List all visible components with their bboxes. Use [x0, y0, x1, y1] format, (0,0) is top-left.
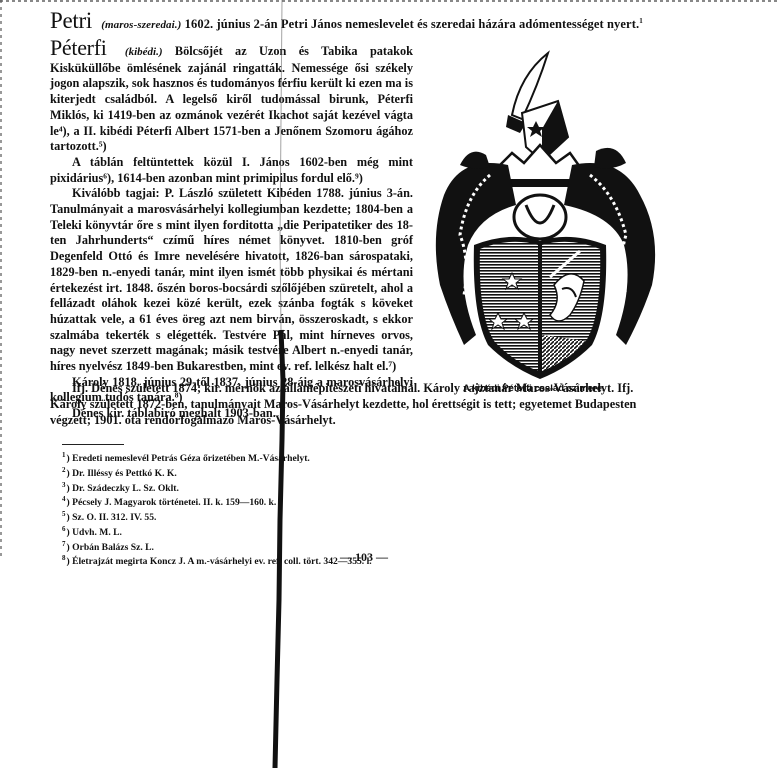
- peterfi-paragraph-2: A táblán feltüntettek közül I. János 160…: [50, 155, 413, 186]
- surname-peterfi: Péterfi: [50, 35, 107, 60]
- footnote-3: 3) Dr. Szádeczky L. Sz. Oklt.: [62, 480, 422, 495]
- origin-petri: (maros-szeredai.): [101, 19, 181, 31]
- footnote-2: 2) Dr. Illéssy és Pettkó K. K.: [62, 465, 422, 480]
- coat-of-arms-icon: [430, 45, 665, 380]
- surname-petri: Petri: [50, 8, 92, 33]
- peterfi-paragraph-1-text: Bölcsőjét az Uzon és Tabika patakok Kisk…: [50, 44, 413, 153]
- petri-footnote-ref: 1: [639, 17, 643, 25]
- entry-petri: Petri (maros-szeredai.) 1602. június 2-á…: [50, 8, 770, 34]
- footnote-4: 4) Pécsely J. Magyarok történetei. II. k…: [62, 494, 422, 509]
- footnote-6: 6) Udvh. M. L.: [62, 524, 422, 539]
- scan-edge-left: [0, 0, 2, 560]
- scan-edge-top: [0, 0, 778, 2]
- page-number: — 103 —: [340, 550, 388, 565]
- petri-text: 1602. június 2-án Petri János nemeslevel…: [185, 17, 640, 31]
- peterfi-wide-paragraph-text: Ifj. Dénes született 1874; kir. mérnök a…: [50, 380, 660, 428]
- peterfi-paragraph-3: Kiválóbb tagjai: P. László született Kib…: [50, 186, 413, 374]
- footnote-1: 1) Eredeti nemeslevél Petrás Géza őrizet…: [62, 450, 422, 465]
- footnote-5: 5) Sz. O. II. 312. IV. 55.: [62, 509, 422, 524]
- footnote-divider: [62, 444, 124, 445]
- peterfi-wide-paragraph: Ifj. Dénes született 1874; kir. mérnök a…: [50, 380, 660, 428]
- peterfi-paragraph-1: Péterfi (kibédi.) Bölcsőjét az Uzon és T…: [50, 40, 413, 155]
- origin-peterfi: (kibédi.): [125, 46, 163, 58]
- entry-peterfi: Péterfi (kibédi.) Bölcsőjét az Uzon és T…: [50, 40, 413, 422]
